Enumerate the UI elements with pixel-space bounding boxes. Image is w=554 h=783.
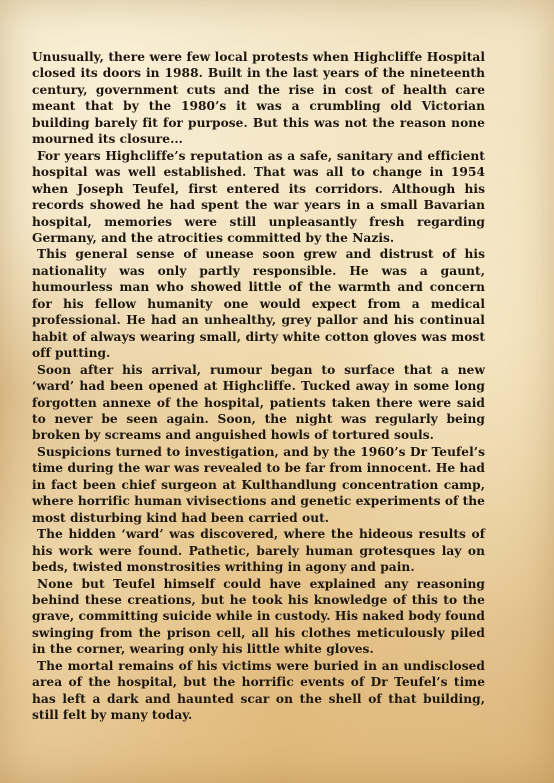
paragraph-hidden-ward: The hidden ‘ward’ was discovered, where … — [32, 526, 485, 575]
paragraph-unease: This general sense of unease soon grew a… — [32, 246, 485, 361]
paragraph-conclusion: The mortal remains of his victims were b… — [32, 658, 485, 724]
paragraph-rumour: Soon after his arrival, rumour began to … — [32, 362, 485, 444]
article-body: Unusually, there were few local protests… — [32, 49, 485, 724]
paragraph-investigation: Suspicions turned to investigation, and … — [32, 444, 485, 526]
paragraph-suicide: None but Teufel himself could have expla… — [32, 576, 485, 658]
paragraph-intro: Unusually, there were few local protests… — [32, 49, 485, 148]
paragraph-reputation: For years Highcliffe’s reputation as a s… — [32, 148, 485, 247]
